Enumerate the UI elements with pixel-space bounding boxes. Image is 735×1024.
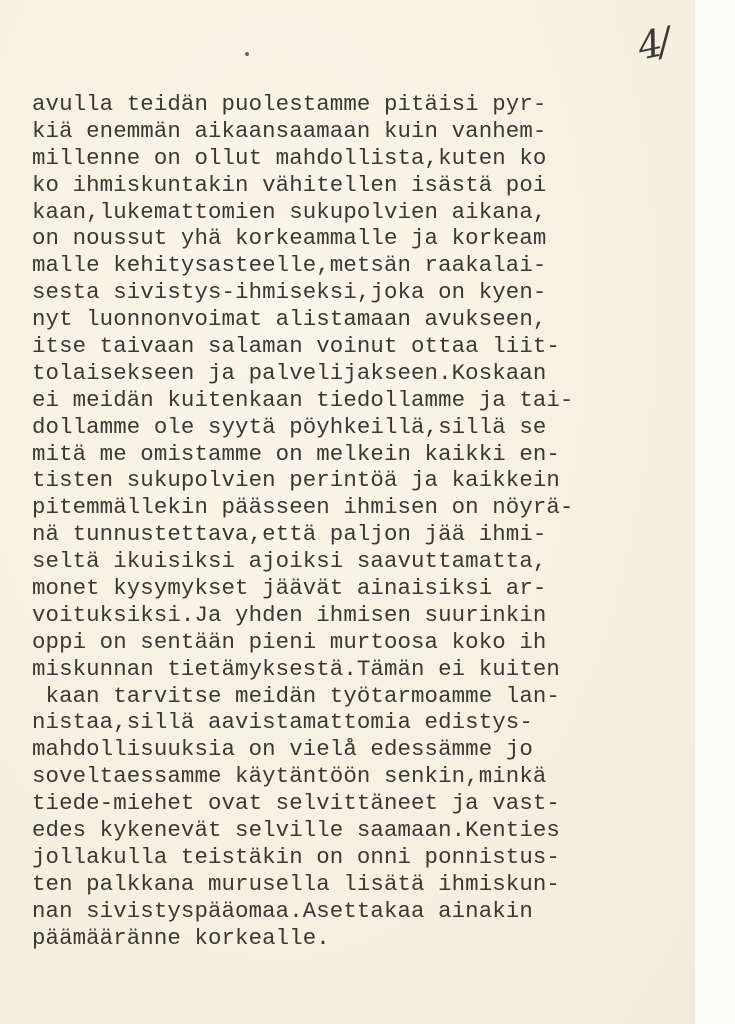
- text-line: avulla teidän puolestamme pitäisi pyr-: [32, 91, 702, 118]
- typewritten-page: 4/ avulla teidän puolestamme pitäisi pyr…: [0, 0, 695, 1024]
- text-line: tolaisekseen ja palvelijakseen.Koskaan: [32, 360, 702, 387]
- text-line: jollakulla teistäkin on onni ponnistus-: [32, 844, 702, 871]
- text-line: dollamme ole syytä pöyhkeillä,sillä se: [32, 414, 702, 441]
- text-line: nan sivistyspääomaa.Asettakaa ainakin: [32, 898, 702, 925]
- typewritten-body: avulla teidän puolestamme pitäisi pyr-ki…: [32, 91, 702, 952]
- text-line: kiä enemmän aikaansaamaan kuin vanhem-: [32, 118, 702, 145]
- text-line: ei meidän kuitenkaan tiedollamme ja tai-: [32, 387, 702, 414]
- text-line: mahdollisuuksia on vielå edessämme jo: [32, 736, 702, 763]
- ink-speck: [245, 52, 249, 56]
- text-line: nä tunnustettava,että paljon jää ihmi-: [32, 521, 702, 548]
- text-line: voituksiksi.Ja yhden ihmisen suurinkin: [32, 602, 702, 629]
- text-line: soveltaessamme käytäntöön senkin,minkä: [32, 763, 702, 790]
- text-line: monet kysymykset jäävät ainaisiksi ar-: [32, 575, 702, 602]
- scan-margin: [695, 0, 735, 1024]
- text-line: kaan tarvitse meidän työtarmoamme lan-: [32, 683, 702, 710]
- text-line: tiede-miehet ovat selvittäneet ja vast-: [32, 790, 702, 817]
- text-line: ko ihmiskuntakin vähitellen isästä poi: [32, 172, 702, 199]
- text-line: pitemmällekin päässeen ihmisen on nöyrä-: [32, 494, 702, 521]
- text-line: ten palkkana murusella lisätä ihmiskun-: [32, 871, 702, 898]
- text-line: nistaa,sillä aavistamattomia edistys-: [32, 709, 702, 736]
- text-line: on noussut yhä korkeammalle ja korkeam: [32, 225, 702, 252]
- text-line: millenne on ollut mahdollista,kuten ko: [32, 145, 702, 172]
- text-line: miskunnan tietämyksestä.Tämän ei kuiten: [32, 656, 702, 683]
- text-line: päämääränne korkealle.: [32, 925, 702, 952]
- text-line: oppi on sentään pieni murtoosa koko ih: [32, 629, 702, 656]
- text-line: edes kykenevät selville saamaan.Kenties: [32, 817, 702, 844]
- text-line: sesta sivistys-ihmiseksi,joka on kyen-: [32, 279, 702, 306]
- text-line: kaan,lukemattomien sukupolvien aikana,: [32, 199, 702, 226]
- handwritten-page-number: 4/: [634, 19, 671, 68]
- text-line: seltä ikuisiksi ajoiksi saavuttamatta,: [32, 548, 702, 575]
- text-line: tisten sukupolvien perintöä ja kaikkein: [32, 467, 702, 494]
- text-line: nyt luonnonvoimat alistamaan avukseen,: [32, 306, 702, 333]
- text-line: malle kehitysasteelle,metsän raakalai-: [32, 252, 702, 279]
- text-line: mitä me omistamme on melkein kaikki en-: [32, 441, 702, 468]
- text-line: itse taivaan salaman voinut ottaa liit-: [32, 333, 702, 360]
